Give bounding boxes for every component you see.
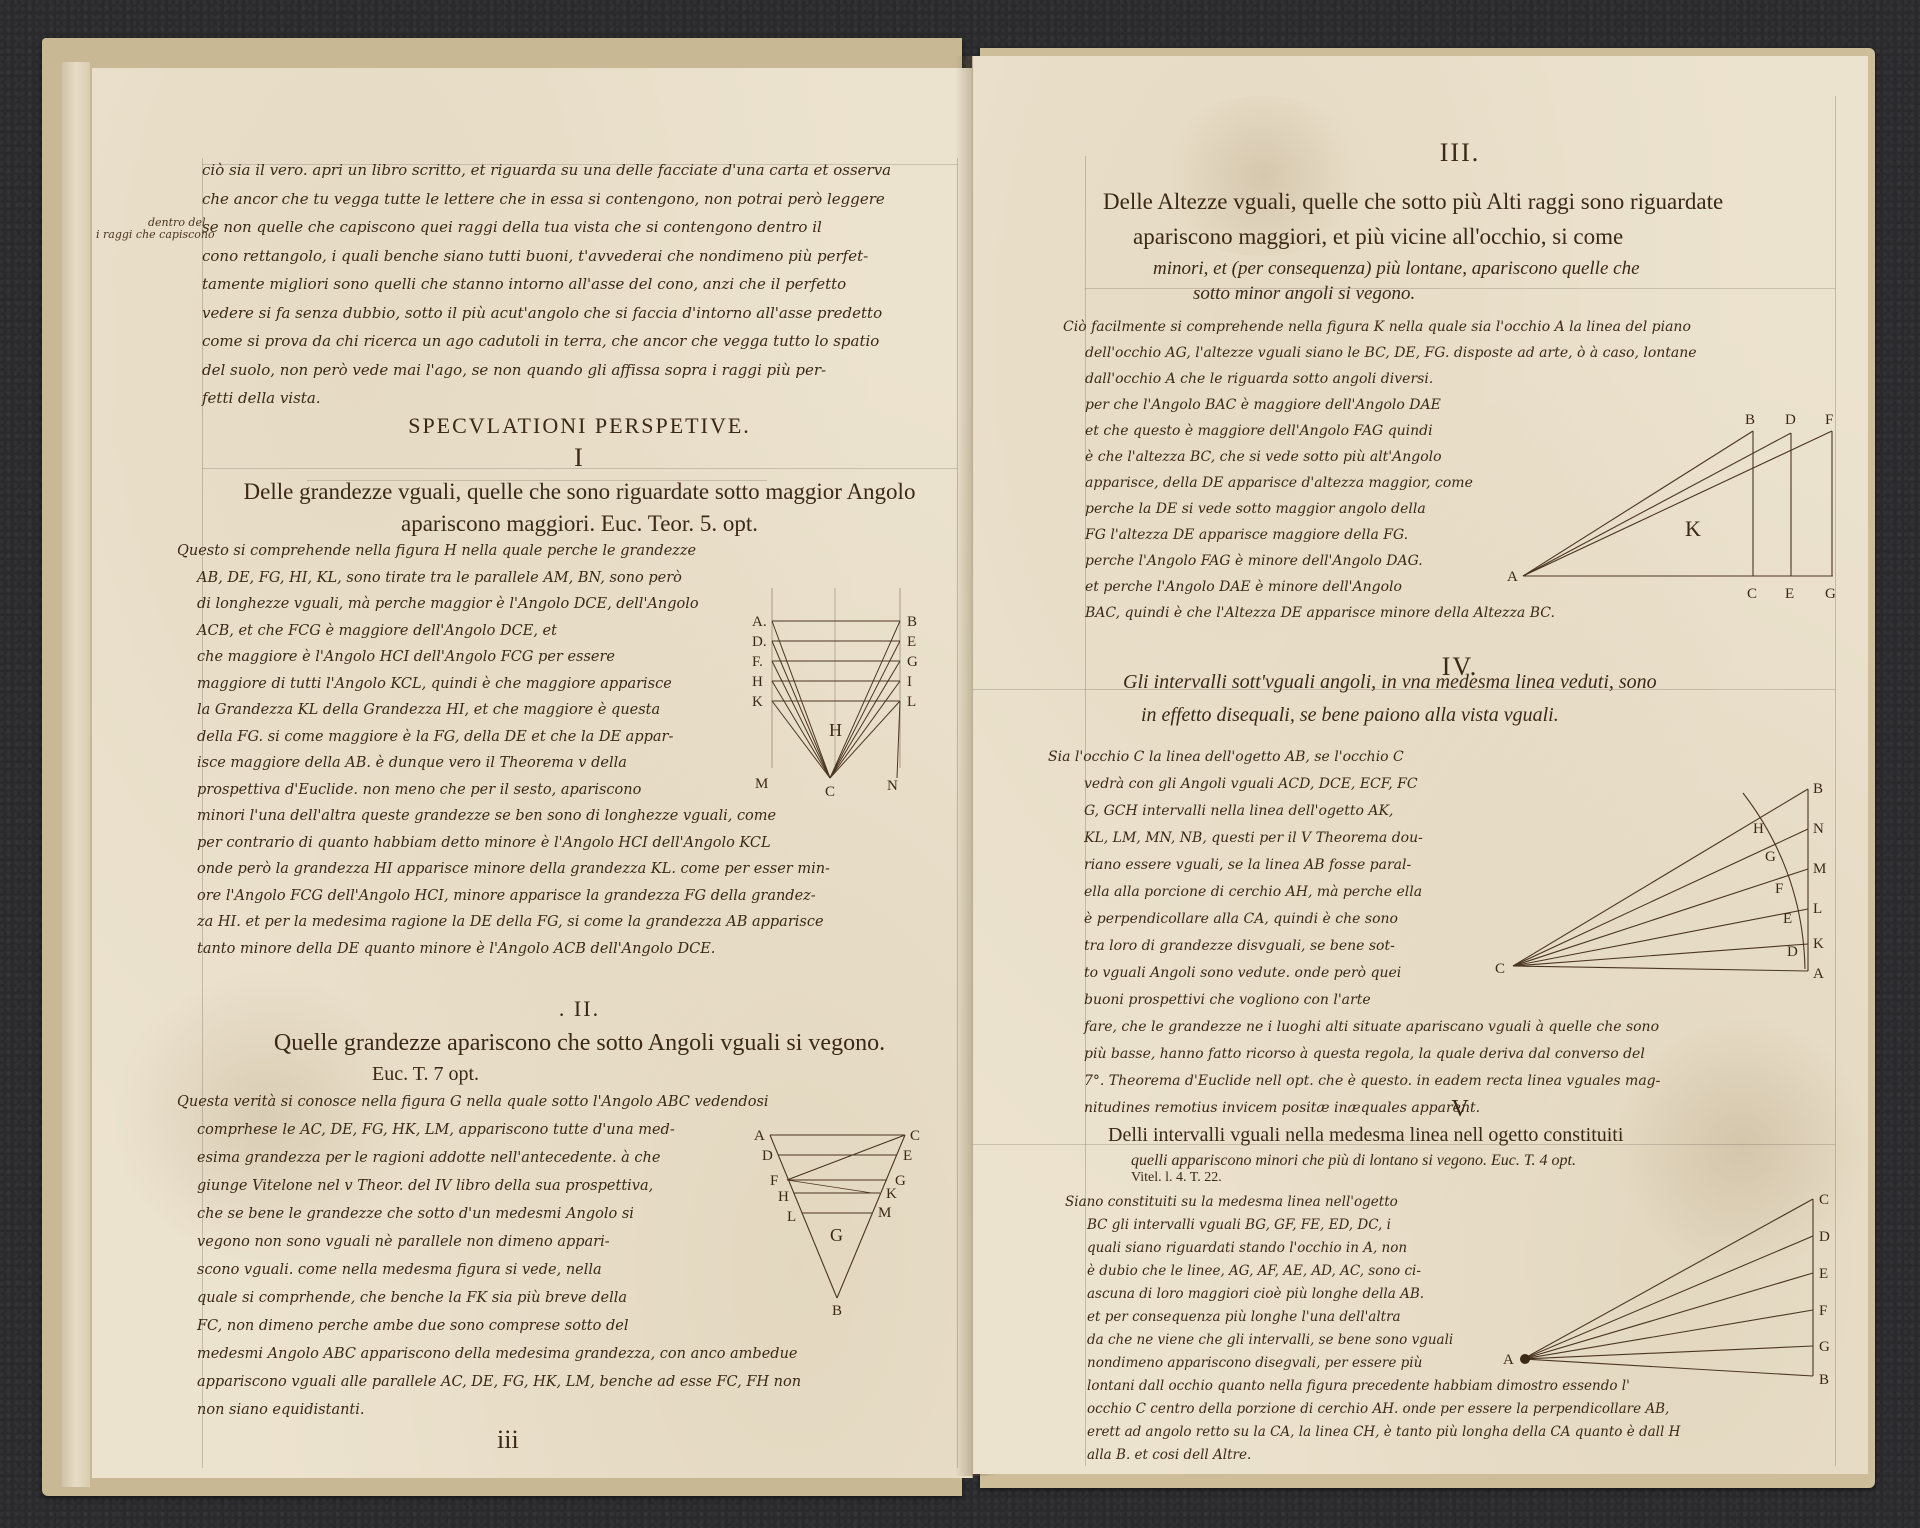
text-line: tanto minore della DE quanto minore è l'… — [177, 936, 830, 963]
text-line: isce maggiore della AB. è dunque vero il… — [177, 750, 830, 777]
text-line: fetti della vista. — [202, 384, 891, 413]
figure-label: B — [1819, 1372, 1829, 1388]
section-i-heading: Delle grandezze vguali, quelle che sono … — [202, 476, 957, 507]
section-ii-numeral: . II. — [202, 996, 957, 1022]
text-line: Questo si comprehende nella figura H nel… — [177, 538, 830, 565]
text-line: BAC, quindi è che l'Altezza DE apparisce… — [1063, 600, 1697, 626]
figure-label: F. — [752, 654, 763, 670]
text-line: prospettiva d'Euclide. non meno che per … — [177, 777, 830, 804]
text-line: occhio C centro della porzione di cerchi… — [1065, 1398, 1680, 1421]
figure-label: C — [910, 1128, 920, 1144]
section-iii-heading: minori, et (per consequenza) più lontane… — [1153, 256, 1640, 282]
text-line: dell'occhio AG, l'altezze vguali siano l… — [1063, 340, 1697, 366]
section-iv-heading: in effetto disequali, se bene paiono all… — [1141, 704, 1559, 727]
right-page: III. Delle Altezze vguali, quelle che so… — [972, 56, 1868, 1474]
figure-label: C — [1819, 1192, 1829, 1208]
intro-paragraph: ciò sia il vero. apri un libro scritto, … — [202, 156, 891, 413]
section-iv-heading: Gli intervalli sott'vguali angoli, in vn… — [1123, 671, 1657, 694]
page-edges — [62, 62, 90, 1487]
figure-label: C — [1747, 586, 1757, 602]
figure-label: A — [1813, 966, 1824, 982]
figure-label: E — [1819, 1266, 1828, 1282]
text-line: erett ad angolo retto su la CA, la linea… — [1065, 1421, 1680, 1444]
margin-note: i raggi che capiscono — [96, 228, 215, 241]
text-line: ACB, et che FCG è maggiore dell'Angolo D… — [177, 618, 830, 645]
figure-label: H — [778, 1189, 789, 1205]
figure-iv-diagram: C H G F E D B N M L K A — [1503, 781, 1843, 981]
figure-label: G — [907, 654, 918, 670]
text-line: 7°. Theorema d'Euclide nell opt. che è q… — [1048, 1068, 1660, 1095]
figure-label: B — [907, 614, 917, 630]
section-title: SPECVLATIONI PERSPETIVE. — [202, 413, 957, 439]
text-line: per contrario di quanto habbiam detto mi… — [177, 830, 830, 857]
figure-label: E — [1783, 911, 1792, 927]
figure-label: M — [1813, 861, 1826, 877]
text-line: esima grandezza per le ragioni addotte n… — [177, 1144, 801, 1172]
ruled-line — [202, 468, 957, 469]
figure-mark: K — [1685, 516, 1701, 541]
section-v-heading: quelli appariscono minori che più di lon… — [1131, 1152, 1576, 1170]
figure-label: E — [903, 1148, 912, 1164]
text-line: come si prova da chi ricerca un ago cadu… — [202, 327, 891, 356]
figure-label: F — [1775, 881, 1783, 897]
figure-label: A — [1503, 1352, 1514, 1368]
section-ii-heading: Quelle grandezze apariscono che sotto An… — [202, 1028, 957, 1059]
figure-label: E — [907, 634, 916, 650]
text-line: minori l'una dell'altra queste grandezze… — [177, 803, 830, 830]
text-line: di longhezze vguali, mà perche maggior è… — [177, 591, 830, 618]
section-iii-heading: sotto minor angoli si vegono. — [1193, 281, 1415, 307]
text-line: onde però la grandezza HI apparisce mino… — [177, 856, 830, 883]
text-line: per che l'Angolo BAC è maggiore dell'Ang… — [1063, 392, 1697, 418]
section-iii-heading: Delle Altezze vguali, quelle che sotto p… — [1103, 186, 1723, 217]
figure-mark: G — [830, 1225, 843, 1245]
text-line: ore l'Angolo FCG dell'Angolo HCI, minore… — [177, 883, 830, 910]
text-line: FC, non dimeno perche ambe due sono comp… — [177, 1312, 801, 1340]
figure-mark: H — [829, 720, 842, 740]
figure-label: E — [1785, 586, 1794, 602]
figure-label: A. — [752, 614, 767, 630]
catchword: iii — [497, 1425, 519, 1455]
figure-label: L — [1813, 901, 1822, 917]
figure-label: A — [1507, 569, 1518, 585]
figure-v-diagram: A C D E F G B — [1513, 1196, 1843, 1396]
figure-label: K — [752, 694, 763, 710]
text-line: vegono non sono vguali nè parallele non … — [177, 1228, 801, 1256]
text-line: del suolo, non però vede mai l'ago, se n… — [202, 356, 891, 385]
text-line: comprhese le AC, DE, FG, HK, LM, apparis… — [177, 1116, 801, 1144]
section-ii-body: Questa verità si conosce nella figura G … — [177, 1088, 801, 1424]
figure-h-diagram: A. D. F. H K B E G I L M C N H — [747, 588, 917, 788]
text-line: Ciò facilmente si comprehende nella figu… — [1063, 314, 1697, 340]
section-ii-ref: Euc. T. 7 opt. — [372, 1063, 479, 1086]
text-line: medesmi Angolo ABC appariscono della med… — [177, 1340, 801, 1368]
text-line: cono rettangolo, i quali benche siano tu… — [202, 242, 891, 271]
figure-label: F — [770, 1173, 778, 1189]
text-line: tamente migliori sono quelli che stanno … — [202, 270, 891, 299]
text-line: fare, che le grandezze ne i luoghi alti … — [1048, 1014, 1660, 1041]
section-v-heading: Delli intervalli vguali nella medesma li… — [1108, 1124, 1623, 1147]
text-line: giunge Vitelone nel v Theor. del IV libr… — [177, 1172, 801, 1200]
section-v-ref: Vitel. l. 4. T. 22. — [1131, 1170, 1222, 1186]
figure-label: M — [755, 776, 768, 792]
text-line: la Grandezza KL della Grandezza HI, et c… — [177, 697, 830, 724]
figure-label: C — [1495, 961, 1505, 977]
figure-label: N — [887, 778, 898, 794]
figure-label: B — [1813, 781, 1823, 797]
figure-label: H — [752, 674, 763, 690]
section-iii-heading: apariscono maggiori, et più vicine all'o… — [1133, 221, 1623, 252]
figure-label: L — [907, 694, 916, 710]
figure-label: A — [754, 1128, 765, 1144]
left-page: dentro del i raggi che capiscono ciò sia… — [92, 68, 973, 1478]
text-line: dall'occhio A che le riguarda sotto ango… — [1063, 366, 1697, 392]
figure-label: I — [907, 674, 912, 690]
figure-label: D. — [752, 634, 767, 650]
figure-label: G — [1825, 586, 1836, 602]
figure-label: H — [1753, 821, 1764, 837]
section-v-numeral: V — [1085, 1096, 1835, 1123]
section-i-heading-ref: apariscono maggiori. Euc. Teor. 5. opt. — [202, 508, 957, 539]
text-line: che ancor che tu vegga tutte le lettere … — [202, 185, 891, 214]
figure-label: L — [787, 1209, 796, 1225]
figure-label: G — [1819, 1339, 1830, 1355]
figure-label: F — [1825, 412, 1833, 428]
text-line: non siano equidistanti. — [177, 1396, 801, 1424]
text-line: appariscono vguali alle parallele AC, DE… — [177, 1368, 801, 1396]
figure-label: C — [825, 784, 835, 800]
text-line: che se bene le grandezze che sotto d'un … — [177, 1200, 801, 1228]
figure-k-diagram: B D F C E G A K — [1503, 416, 1833, 596]
figure-label: F — [1819, 1303, 1827, 1319]
figure-label: B — [1745, 412, 1755, 428]
figure-label: D — [1787, 944, 1798, 960]
figure-label: M — [878, 1205, 891, 1221]
text-line: più basse, hanno fatto ricorso à questa … — [1048, 1041, 1660, 1068]
figure-g-diagram: A D F H L C E G K M B G — [750, 1123, 920, 1303]
text-line: vedere si fa senza dubbio, sotto il più … — [202, 299, 891, 328]
text-line: ciò sia il vero. apri un libro scritto, … — [202, 156, 891, 185]
text-line: che maggiore è l'Angolo HCI dell'Angolo … — [177, 644, 830, 671]
open-manuscript: dentro del i raggi che capiscono ciò sia… — [0, 0, 1920, 1528]
page-numeral: III. — [1085, 138, 1835, 168]
text-line: della FG. si come maggiore è la FG, dell… — [177, 724, 830, 751]
figure-label: K — [886, 1186, 897, 1202]
text-line: alla B. et cosi dell Altre. — [1065, 1444, 1680, 1467]
text-line: buoni prospettivi che vogliono con l'art… — [1048, 987, 1660, 1014]
text-line: AB, DE, FG, HI, KL, sono tirate tra le p… — [177, 565, 830, 592]
figure-label: D — [762, 1148, 773, 1164]
figure-label: K — [1813, 936, 1824, 952]
figure-label: D — [1785, 412, 1796, 428]
figure-label: B — [832, 1303, 842, 1319]
figure-label: D — [1819, 1229, 1830, 1245]
text-line: maggiore di tutti l'Angolo KCL, quindi è… — [177, 671, 830, 698]
text-line: se non quelle che capiscono quei raggi d… — [202, 213, 891, 242]
text-line: za HI. et per la medesima ragione la DE … — [177, 909, 830, 936]
section-i-body: Questo si comprehende nella figura H nel… — [177, 538, 830, 962]
text-line: scono vguali. come nella medesma figura … — [177, 1256, 801, 1284]
figure-label: N — [1813, 821, 1824, 837]
text-line: Questa verità si conosce nella figura G … — [177, 1088, 801, 1116]
text-line: quale si comprhende, che benche la FK si… — [177, 1284, 801, 1312]
text-line: Sia l'occhio C la linea dell'ogetto AB, … — [1048, 744, 1660, 771]
figure-label: G — [1765, 849, 1776, 865]
eye-point-marker — [1520, 1354, 1530, 1364]
